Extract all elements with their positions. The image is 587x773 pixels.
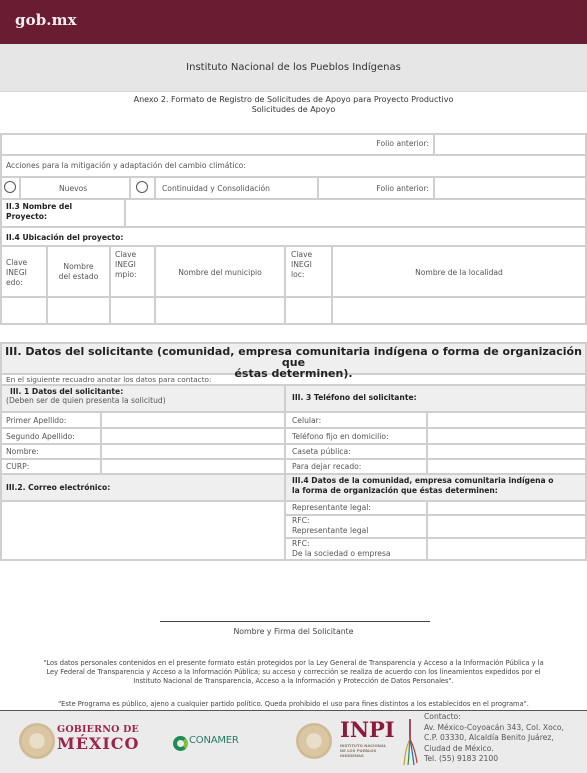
segundo-apellido-label: Segundo Apellido: bbox=[6, 432, 75, 441]
col-clave-inegi-mpio: ClaveINEGImpio: bbox=[115, 250, 137, 280]
dejar-recado-label: Para dejar recado: bbox=[292, 462, 361, 471]
curp-label: CURP: bbox=[6, 462, 29, 471]
contact-address-line3: Ciudad de México. bbox=[424, 744, 564, 755]
telefono-fijo-field[interactable] bbox=[428, 429, 585, 443]
program-notice: "Este Programa es público, ajeno a cualq… bbox=[0, 700, 587, 708]
document-title-line1: Anexo 2. Formato de Registro de Solicitu… bbox=[0, 95, 587, 105]
option-continuidad-label: Continuidad y Consolidación bbox=[162, 184, 270, 193]
primer-apellido-field[interactable] bbox=[102, 413, 284, 427]
contact-block: Contacto: Av. México-Coyoacán 343, Col. … bbox=[424, 712, 564, 765]
clave-edo-field[interactable] bbox=[2, 298, 46, 323]
project-name-label-line2: Proyecto: bbox=[6, 212, 72, 222]
clave-mpio-field[interactable] bbox=[111, 298, 154, 323]
project-name-label-line1: II.3 Nombre del bbox=[6, 202, 72, 212]
folio-field-1[interactable] bbox=[435, 135, 585, 154]
signature-line bbox=[160, 621, 430, 622]
radio-continuidad[interactable] bbox=[136, 181, 148, 193]
primer-apellido-label: Primer Apellido: bbox=[6, 416, 66, 425]
contact-address-line1: Av. México-Coyoacán 343, Col. Xoco, bbox=[424, 723, 564, 734]
section3-title-line1: III. Datos del solicitante (comunidad, e… bbox=[0, 346, 587, 368]
privacy-line3: Instituto Nacional de Transparencia, Acc… bbox=[0, 677, 587, 686]
top-brand-bar: gob.mx bbox=[0, 0, 587, 44]
conamer-logo: CONAMER bbox=[189, 735, 239, 746]
col-nombre-localidad: Nombre de la localidad bbox=[333, 268, 585, 277]
caseta-publica-field[interactable] bbox=[428, 445, 585, 458]
gobierno-de-mexico-logo: GOBIERNO DE MÉXICO bbox=[57, 725, 139, 752]
segundo-apellido-field[interactable] bbox=[102, 429, 284, 443]
rfc-representante-field[interactable] bbox=[428, 516, 585, 537]
col-nombre-municipio: Nombre del municipio bbox=[156, 268, 284, 277]
representante-legal-field[interactable] bbox=[428, 502, 585, 514]
folio-label-2: Folio anterior: bbox=[376, 184, 429, 193]
community-heading-line2: la forma de organización que éstas deter… bbox=[292, 486, 554, 496]
clave-loc-field[interactable] bbox=[286, 298, 331, 323]
project-name-field[interactable] bbox=[126, 200, 585, 226]
document-title: Anexo 2. Formato de Registro de Solicitu… bbox=[0, 95, 587, 115]
institution-band: Instituto Nacional de los Pueblos Indíge… bbox=[0, 44, 587, 92]
phone-heading: III. 3 Teléfono del solicitante: bbox=[292, 393, 417, 402]
applicant-subheading: (Deben ser de quien presenta la solicitu… bbox=[6, 396, 166, 405]
municipio-field[interactable] bbox=[156, 298, 284, 323]
gob-logo-line2: MÉXICO bbox=[57, 736, 139, 752]
contact-address-line2: C.P. 03330, Alcaldía Benito Juárez, bbox=[424, 733, 564, 744]
privacy-line1: "Los datos personales contenidos en el p… bbox=[0, 659, 587, 668]
rfc-sociedad-field[interactable] bbox=[428, 539, 585, 559]
conamer-icon bbox=[173, 736, 188, 751]
mexico-coat-of-arms-icon bbox=[19, 723, 55, 759]
applicant-heading-block: III. 1 Datos del solicitante: (Deben ser… bbox=[6, 387, 166, 405]
nombre-field[interactable] bbox=[102, 445, 284, 458]
col-clave-inegi-edo: ClaveINEGIedo: bbox=[6, 258, 27, 288]
col-clave-inegi-loc: ClaveINEGIloc: bbox=[291, 250, 312, 280]
estado-field[interactable] bbox=[48, 298, 109, 323]
col-nombre-estado: Nombredel estado bbox=[48, 262, 109, 282]
folio-label-1: Folio anterior: bbox=[376, 139, 429, 148]
caseta-publica-label: Caseta pública: bbox=[292, 447, 351, 456]
dejar-recado-field[interactable] bbox=[428, 460, 585, 473]
gobmx-logo[interactable]: gob.mx bbox=[15, 11, 77, 29]
footer: GOBIERNO DE MÉXICO CONAMER INPI INSTITUT… bbox=[0, 710, 587, 773]
document-title-line2: Solicitudes de Apoyo bbox=[0, 105, 587, 115]
privacy-line2: Ley Federal de Transparencia y Acceso a … bbox=[0, 668, 587, 677]
telefono-fijo-label: Teléfono fijo en domicilio: bbox=[292, 432, 389, 441]
rfc-sociedad-label: RFC:De la sociedad o empresa bbox=[292, 539, 391, 559]
inpi-subtitle: INSTITUTO NACIONALDE LOS PUEBLOSINDÍGENA… bbox=[340, 743, 386, 758]
applicant-heading: III. 1 Datos del solicitante: bbox=[6, 387, 166, 396]
celular-field[interactable] bbox=[428, 413, 585, 427]
climate-actions-label: Acciones para la mitigación y adaptación… bbox=[6, 161, 246, 170]
inpi-coat-of-arms-icon bbox=[296, 723, 332, 759]
nombre-label: Nombre: bbox=[6, 447, 39, 456]
folio-field-2[interactable] bbox=[435, 178, 585, 198]
contact-instruction: En el siguiente recuadro anotar los dato… bbox=[6, 375, 211, 384]
community-heading: III.4 Datos de la comunidad, empresa com… bbox=[292, 476, 554, 496]
contact-phone: Tel. (55) 9183 2100 bbox=[424, 754, 564, 765]
contact-heading: Contacto: bbox=[424, 712, 564, 723]
signature-caption: Nombre y Firma del Solicitante bbox=[0, 627, 587, 636]
location-title: II.4 Ubicación del proyecto: bbox=[6, 233, 123, 242]
rfc-representante-label: RFC:Representante legal bbox=[292, 516, 368, 536]
institution-name: Instituto Nacional de los Pueblos Indíge… bbox=[0, 62, 587, 73]
representante-legal-label: Representante legal: bbox=[292, 503, 371, 512]
email-field[interactable] bbox=[2, 502, 284, 559]
option-nuevos-label: Nuevos bbox=[59, 184, 87, 193]
project-name-label: II.3 Nombre del Proyecto: bbox=[6, 202, 72, 222]
community-heading-line1: III.4 Datos de la comunidad, empresa com… bbox=[292, 476, 554, 486]
privacy-notice: "Los datos personales contenidos en el p… bbox=[0, 659, 587, 686]
curp-field[interactable] bbox=[102, 460, 284, 473]
radio-nuevos[interactable] bbox=[4, 181, 16, 193]
localidad-field[interactable] bbox=[333, 298, 585, 323]
inpi-ribbon-icon bbox=[402, 717, 418, 767]
celular-label: Celular: bbox=[292, 416, 321, 425]
inpi-logo: INPI bbox=[340, 719, 395, 740]
email-heading: III.2. Correo electrónico: bbox=[6, 483, 110, 492]
